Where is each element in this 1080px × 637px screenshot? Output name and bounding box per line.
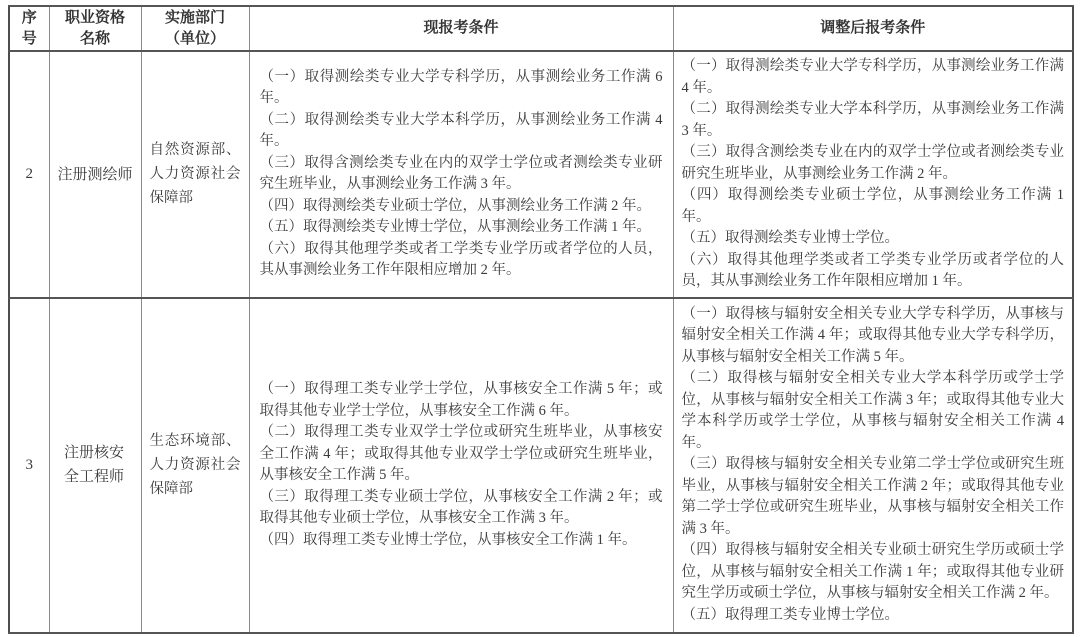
current-condition-item: （五）取得测绘类专业博士学位，从事测绘业务工作满 1 年。 xyxy=(260,217,663,239)
current-conditions-cell: （一）取得测绘类专业大学专科学历，从事测绘业务工作满 6 年。 （二）取得测绘类… xyxy=(249,51,673,298)
current-condition-item: （二）取得测绘类专业大学本科学历，从事测绘业务工作满 4 年。 xyxy=(260,110,663,153)
table-row-surveyor: 2 注册测绘师 自然资源部、人力资源社会保障部 （一）取得测绘类专业大学专科学历… xyxy=(9,51,1073,298)
qualification-name-cell: 注册核安全工程师 xyxy=(49,298,141,633)
current-condition-item: （一）取得测绘类专业大学专科学历，从事测绘业务工作满 6 年。 xyxy=(260,67,663,110)
serial-cell: 3 xyxy=(9,298,49,633)
current-condition-item: （三）取得含测绘类专业在内的双学士学位或者测绘类专业研究生班毕业，从事测绘业务工… xyxy=(260,153,663,196)
header-cell-qualification-name: 职业资格名称 xyxy=(49,6,141,51)
department-name: 自然资源部、人力资源社会保障部 xyxy=(150,142,241,206)
adjusted-condition-item: （五）取得测绘类专业博士学位。 xyxy=(682,228,1065,250)
department-name: 生态环境部、人力资源社会保障部 xyxy=(150,433,241,497)
adjusted-condition-item: （二）取得核与辐射安全相关专业大学本科学历或学士学位，从事核与辐射安全相关工作满… xyxy=(682,368,1065,454)
adjusted-condition-item: （一）取得核与辐射安全相关专业大学专科学历，从事核与辐射安全相关工作满 4 年；… xyxy=(682,304,1065,369)
header-serial-label: 序号 xyxy=(21,8,38,50)
qualification-name: 注册核安全工程师 xyxy=(64,441,126,489)
table-row-nuclear-safety-engineer: 3 注册核安全工程师 生态环境部、人力资源社会保障部 （一）取得理工类专业学士学… xyxy=(9,298,1073,633)
adjusted-condition-item: （三）取得含测绘类专业在内的双学士学位或者测绘类专业研究生班毕业，从事测绘业务工… xyxy=(682,142,1065,185)
department-cell: 自然资源部、人力资源社会保障部 xyxy=(141,51,249,298)
adjusted-condition-item: （二）取得测绘类专业大学本科学历，从事测绘业务工作满 3 年。 xyxy=(682,99,1065,142)
current-condition-item: （一）取得理工类专业学士学位，从事核安全工作满 5 年；或取得其他专业学士学位，… xyxy=(260,379,663,422)
adjusted-conditions-cell: （一）取得核与辐射安全相关专业大学专科学历，从事核与辐射安全相关工作满 4 年；… xyxy=(673,298,1073,633)
adjusted-condition-item: （四）取得核与辐射安全相关专业硕士研究生学历或硕士学位，从事核与辐射安全相关工作… xyxy=(682,540,1065,605)
table-header-row: 序号 职业资格名称 实施部门（单位） 现报考条件 调整后报考条件 xyxy=(9,6,1073,51)
current-condition-item: （三）取得理工类专业硕士学位，从事核安全工作满 2 年；或取得其他专业硕士学位，… xyxy=(260,487,663,530)
header-current-conditions-label: 现报考条件 xyxy=(423,20,498,36)
header-department-label: 实施部门（单位） xyxy=(162,8,228,50)
serial-cell: 2 xyxy=(9,51,49,298)
current-condition-item: （四）取得理工类专业博士学位，从事核安全工作满 1 年。 xyxy=(260,530,663,552)
current-condition-item: （二）取得理工类专业双学士学位或研究生班毕业，从事核安全工作满 4 年；或取得其… xyxy=(260,422,663,487)
qualification-conditions-table: 序号 职业资格名称 实施部门（单位） 现报考条件 调整后报考条件 2 注册测绘师… xyxy=(8,5,1074,634)
qualification-name: 注册测绘师 xyxy=(57,163,132,187)
adjusted-conditions-cell: （一）取得测绘类专业大学专科学历，从事测绘业务工作满 4 年。 （二）取得测绘类… xyxy=(673,51,1073,298)
adjusted-condition-item: （一）取得测绘类专业大学专科学历，从事测绘业务工作满 4 年。 xyxy=(682,56,1065,99)
adjusted-condition-item: （五）取得理工类专业博士学位。 xyxy=(682,605,1065,627)
document-page: 序号 职业资格名称 实施部门（单位） 现报考条件 调整后报考条件 2 注册测绘师… xyxy=(0,0,1080,637)
header-adjusted-conditions-label: 调整后报考条件 xyxy=(820,20,925,36)
serial-number: 3 xyxy=(26,457,34,473)
adjusted-condition-item: （四）取得测绘类专业硕士学位，从事测绘业务工作满 1 年。 xyxy=(682,185,1065,228)
current-conditions-cell: （一）取得理工类专业学士学位，从事核安全工作满 5 年；或取得其他专业学士学位，… xyxy=(249,298,673,633)
header-cell-department: 实施部门（单位） xyxy=(141,6,249,51)
header-cell-serial: 序号 xyxy=(9,6,49,51)
adjusted-condition-item: （三）取得核与辐射安全相关专业第二学士学位或研究生班毕业，从事核与辐射安全相关工… xyxy=(682,454,1065,540)
adjusted-condition-item: （六）取得其他理学类或者工学类专业学历或者学位的人员，其从事测绘业务工作年限相应… xyxy=(682,250,1065,293)
serial-number: 2 xyxy=(26,166,34,182)
current-condition-item: （四）取得测绘类专业硕士学位，从事测绘业务工作满 2 年。 xyxy=(260,196,663,218)
header-cell-current-conditions: 现报考条件 xyxy=(249,6,673,51)
header-cell-adjusted-conditions: 调整后报考条件 xyxy=(673,6,1073,51)
department-cell: 生态环境部、人力资源社会保障部 xyxy=(141,298,249,633)
current-condition-item: （六）取得其他理学类或者工学类专业学历或者学位的人员，其从事测绘业务工作年限相应… xyxy=(260,239,663,282)
header-qualification-name-label: 职业资格名称 xyxy=(64,8,126,50)
qualification-name-cell: 注册测绘师 xyxy=(49,51,141,298)
